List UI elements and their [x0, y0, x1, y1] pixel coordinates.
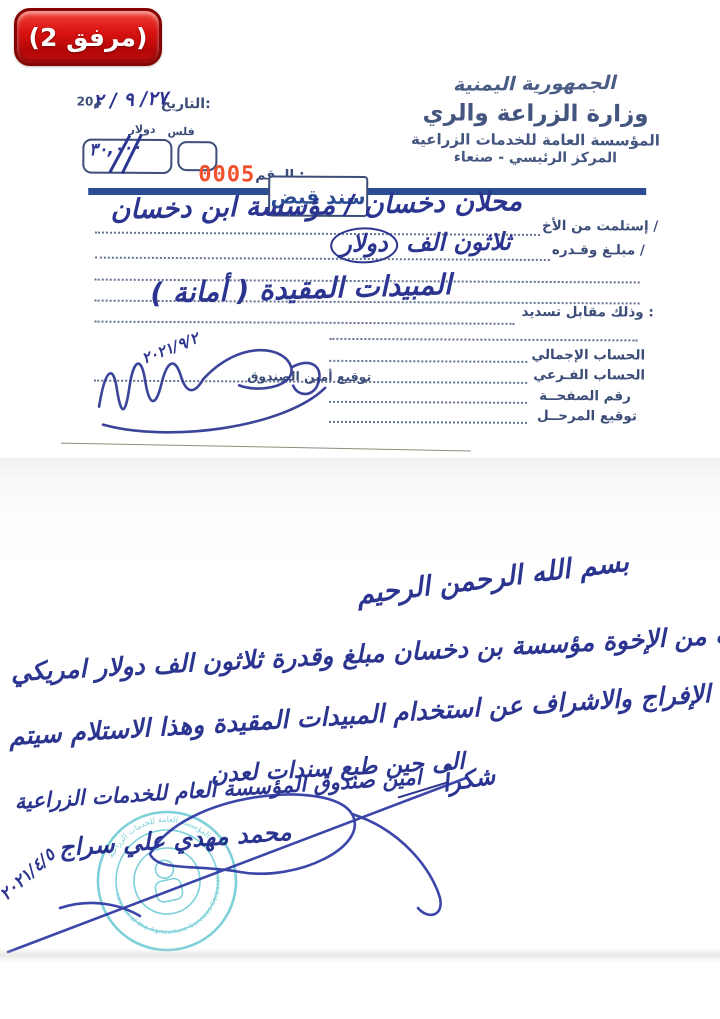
date-handwritten: ٢٧/ ٩ / ٢: [93, 87, 169, 112]
dotted-line: [95, 257, 550, 261]
dotted-line: [329, 360, 527, 363]
cashier-signature-scrawl: [89, 327, 340, 443]
amount-words-value: ثلاثون الف دولار: [330, 228, 511, 258]
page-number-label: رقم الصفحــة: [539, 388, 631, 404]
header-organization: المؤسسة العامة للخدمات الزراعية: [360, 130, 710, 150]
receipt-form: الجمهورية اليمنية وزارة الزراعة والري ال…: [0, 0, 720, 460]
total-account-label: الحساب الإجمالي: [531, 347, 645, 364]
note-line-2: مقابل الإفراج والاشراف عن استخدام المبيد…: [8, 675, 720, 751]
fils-label: فلس: [167, 125, 194, 138]
transferor-signature-label: توقيع المرحــل: [537, 408, 637, 425]
purpose-label: وذلك مقابل تسديد :: [522, 304, 654, 321]
dotted-line: [95, 321, 515, 325]
note-line-1: استلمت من الإخوة مؤسسة بن دخسان مبلغ وقد…: [10, 617, 720, 687]
number-value: 0005: [198, 162, 255, 187]
paper2-fold-shadow: [0, 948, 720, 962]
dotted-line: [329, 338, 637, 342]
treasurer-signature-scrawl: [0, 758, 480, 958]
sub-account-label: الحساب الفـرعي: [533, 367, 645, 384]
header-center: المركز الرئيسي - صنعاء: [360, 149, 710, 167]
header-ministry: وزارة الزراعة والري: [361, 100, 711, 128]
scanned-document-page: (مرفق 2) الجمهورية اليمنية وزارة الزراعة…: [0, 0, 720, 1019]
date-year-printed: 20م: [77, 95, 103, 109]
received-from-label: إستلمت من الأخ /: [542, 218, 658, 235]
purpose-value: المبيدات المقيدة ( أمانة ): [150, 268, 452, 310]
amount-label: مبلـغ وقـدره /: [552, 242, 645, 258]
dotted-line: [329, 421, 527, 424]
dotted-line: [329, 401, 527, 404]
paper1-bottom-edge: [61, 443, 471, 452]
header-country: الجمهورية اليمنية: [357, 71, 714, 97]
amount-words-text: ثلاثون الف: [406, 228, 511, 257]
